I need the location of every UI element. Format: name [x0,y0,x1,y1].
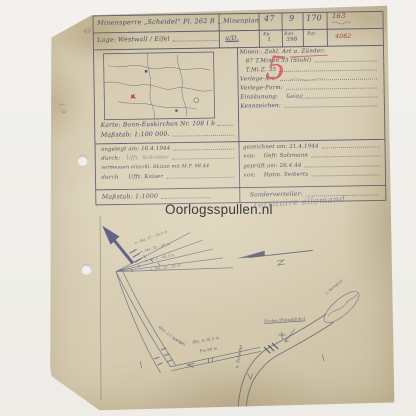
einzaeunung-label: Einzäunung: [240,94,278,101]
grube-hatch [264,343,278,353]
von2-value: Hptm. Seiberts [264,172,309,179]
durch1-value: Uffz. Schröder [126,155,169,162]
header-number-2: 9 [289,14,294,23]
rule-line [218,125,234,126]
punch-hole-top [77,155,88,166]
batl-label: Batl. [284,31,295,36]
scribble-mark [332,22,350,24]
grube-cross-symbol [278,332,285,339]
rule-line [306,96,377,98]
rule-line [172,158,234,160]
gezeichnet-text: gezeichnet am: 21.4.1944 [243,143,319,150]
rule-line [161,197,211,199]
durch2-label: durch [101,175,118,181]
minenplan-label: Minenplan [223,17,257,25]
rule-line [166,177,234,179]
rule-line [314,60,376,62]
rule-line [173,149,234,151]
kp-label: Kp. [263,31,271,36]
margin-line [98,216,103,400]
rule-line [284,105,377,107]
einzaeunung-value: Keine [286,94,303,100]
header-number-1: 47 [264,14,275,23]
rgt-label: Rgt. [307,30,317,35]
angelegt-text: angelegt am: 16.4.1944 [101,146,170,153]
von2-label: von: [243,172,255,178]
rule-line [280,78,377,81]
rule-line [311,155,380,157]
durch1-label: durch: [101,155,120,161]
rule-line [279,69,377,72]
long-lines [116,269,176,374]
kp-value: 1. [267,37,273,43]
minenplan-text: Minenplan [223,17,259,25]
batl-value: 398 [286,37,297,43]
massstab-1000-text: Maßstab: 1:1000 [102,193,158,201]
durch2-value: Uffz. Kaiser [128,174,163,181]
rule-line [286,87,377,89]
kennzeichen-label: Kennzeichen: [240,103,281,110]
site-watermark: Oorlogsspullen.nl [165,202,273,217]
map-red-mark [131,94,135,98]
von1-label: von: [243,153,255,159]
von1-value: Gefr. Salzmann [264,153,309,160]
north-arrow-icon [237,250,313,266]
grube-arrow [285,329,295,342]
ad-mark: a/D. [225,35,238,42]
rule-line [311,174,380,176]
rule-line [322,146,380,148]
rule-line [218,23,222,24]
rule-line [173,40,219,42]
red-crayon-number: 5 [264,48,288,88]
header-number-4: 163 [332,12,346,20]
rule-line [173,135,234,137]
photo-background: Minensperre „Scheidel“ Pl. 262 B Minenpl… [0,0,416,416]
map-inset [104,52,215,120]
stray-marks [140,354,324,381]
rule-line [305,165,381,167]
road-outline [237,314,335,410]
page-number-pencil: 49 [83,28,91,35]
geprueft-text: geprüft am: 26.4.44 [243,163,301,170]
div-number: 4082 [335,33,351,40]
massstab-text: Maßstab: 1:100 000. [101,131,170,139]
header-number-3: 170 [306,13,322,22]
lage-text: Lage: Westwall / Eifel [97,36,170,44]
